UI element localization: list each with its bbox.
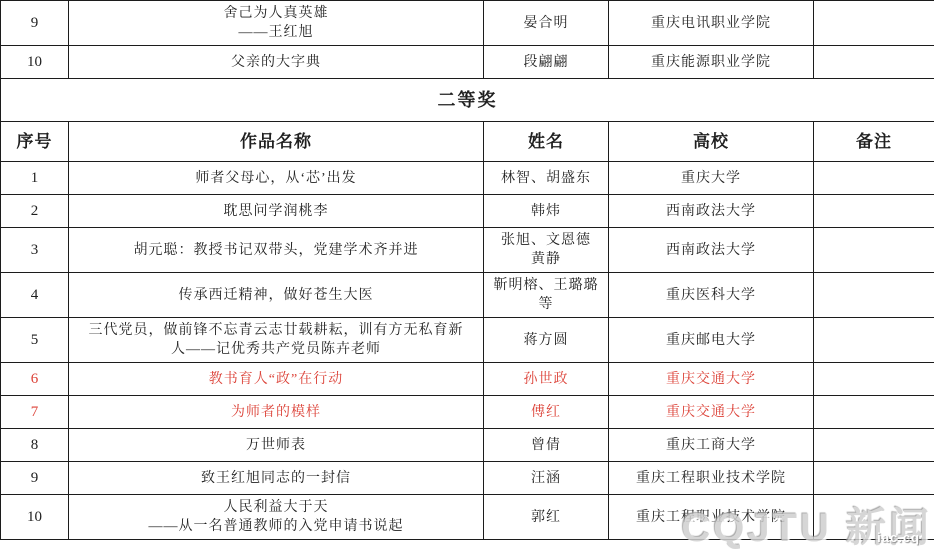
cell-university: 重庆工程职业技术学院 <box>609 495 814 540</box>
cell-author-name: 段翩翩 <box>484 46 609 79</box>
cell-author-name: 晏合明 <box>484 1 609 46</box>
title-line: ——王红旭 <box>73 23 479 42</box>
cell-author-name: 傅红 <box>484 396 609 429</box>
table-row: 9舍己为人真英雄——王红旭晏合明重庆电讯职业学院 <box>1 1 934 46</box>
column-header: 高校 <box>609 122 814 162</box>
title-line: 人——记优秀共产党员陈卉老师 <box>73 340 479 359</box>
cell-author-name: 林智、胡盛东 <box>484 162 609 195</box>
cell-serial-no: 5 <box>1 318 69 363</box>
cell-university: 重庆医科大学 <box>609 273 814 318</box>
cell-university: 重庆交通大学 <box>609 363 814 396</box>
table-row: 6教书育人“政”在行动孙世政重庆交通大学 <box>1 363 934 396</box>
cell-serial-no: 2 <box>1 195 69 228</box>
title-line: 三代党员，做前锋不忘青云志廿载耕耘，训有方无私育新 <box>73 321 479 340</box>
cell-remark <box>814 195 934 228</box>
cell-work-title: 为师者的模样 <box>69 396 484 429</box>
cell-university: 重庆交通大学 <box>609 396 814 429</box>
main-table-body: 1师者父母心，从‘芯’出发林智、胡盛东重庆大学2耽思问学润桃李韩炜西南政法大学3… <box>1 162 934 540</box>
cell-remark <box>814 46 934 79</box>
cell-author-name: 孙世政 <box>484 363 609 396</box>
name-line: 黄静 <box>488 250 604 269</box>
name-line: 晏合明 <box>488 14 604 33</box>
cell-work-title: 致王红旭同志的一封信 <box>69 462 484 495</box>
cell-author-name: 靳明榕、王璐璐等 <box>484 273 609 318</box>
cell-author-name: 汪涵 <box>484 462 609 495</box>
name-line: 郭红 <box>488 508 604 527</box>
title-line: 教书育人“政”在行动 <box>73 370 479 389</box>
cell-remark <box>814 1 934 46</box>
title-line: 为师者的模样 <box>73 403 479 422</box>
cell-remark <box>814 318 934 363</box>
title-line: 致王红旭同志的一封信 <box>73 469 479 488</box>
cell-work-title: 父亲的大字典 <box>69 46 484 79</box>
cell-serial-no: 3 <box>1 228 69 273</box>
name-line: 张旭、文恩德 <box>488 231 604 250</box>
name-line: 段翩翩 <box>488 53 604 72</box>
name-line: 林智、胡盛东 <box>488 169 604 188</box>
table-row: 9致王红旭同志的一封信汪涵重庆工程职业技术学院 <box>1 462 934 495</box>
name-line: 韩炜 <box>488 202 604 221</box>
table-row: 1师者父母心，从‘芯’出发林智、胡盛东重庆大学 <box>1 162 934 195</box>
cell-author-name: 郭红 <box>484 495 609 540</box>
cell-university: 重庆工程职业技术学院 <box>609 462 814 495</box>
name-line: 孙世政 <box>488 370 604 389</box>
column-header: 姓名 <box>484 122 609 162</box>
title-line: 人民利益大于天 <box>73 498 479 517</box>
banner-section: 二等奖 序号作品名称姓名高校备注 <box>1 79 934 162</box>
name-line: 傅红 <box>488 403 604 422</box>
cell-remark <box>814 162 934 195</box>
cell-university: 重庆能源职业学院 <box>609 46 814 79</box>
cell-university: 西南政法大学 <box>609 195 814 228</box>
cell-work-title: 传承西迁精神，做好苍生大医 <box>69 273 484 318</box>
cell-remark <box>814 495 934 540</box>
title-line: 父亲的大字典 <box>73 53 479 72</box>
cell-work-title: 三代党员，做前锋不忘青云志廿载耕耘，训有方无私育新人——记优秀共产党员陈卉老师 <box>69 318 484 363</box>
table-row: 3胡元聪：教授书记双带头，党建学术齐并进张旭、文恩德黄静西南政法大学 <box>1 228 934 273</box>
column-header: 序号 <box>1 122 69 162</box>
cell-serial-no: 9 <box>1 462 69 495</box>
cell-work-title: 胡元聪：教授书记双带头，党建学术齐并进 <box>69 228 484 273</box>
cell-author-name: 曾倩 <box>484 429 609 462</box>
name-line: 汪涵 <box>488 469 604 488</box>
title-line: 传承西迁精神，做好苍生大医 <box>73 286 479 305</box>
cell-serial-no: 4 <box>1 273 69 318</box>
cell-work-title: 万世师表 <box>69 429 484 462</box>
cell-serial-no: 9 <box>1 1 69 46</box>
column-header: 备注 <box>814 122 934 162</box>
top-table-body: 9舍己为人真英雄——王红旭晏合明重庆电讯职业学院10父亲的大字典段翩翩重庆能源职… <box>1 1 934 79</box>
prize-tier-banner: 二等奖 <box>1 79 934 122</box>
cell-serial-no: 6 <box>1 363 69 396</box>
cell-work-title: 教书育人“政”在行动 <box>69 363 484 396</box>
name-line: 等 <box>488 295 604 314</box>
cell-work-title: 师者父母心，从‘芯’出发 <box>69 162 484 195</box>
main-table-header-row: 序号作品名称姓名高校备注 <box>1 122 934 162</box>
name-line: 靳明榕、王璐璐 <box>488 276 604 295</box>
cell-serial-no: 8 <box>1 429 69 462</box>
table-row: 7为师者的模样傅红重庆交通大学 <box>1 396 934 429</box>
cell-university: 重庆邮电大学 <box>609 318 814 363</box>
table-row: 8万世师表曾倩重庆工商大学 <box>1 429 934 462</box>
cell-serial-no: 7 <box>1 396 69 429</box>
cell-remark <box>814 228 934 273</box>
cell-remark <box>814 462 934 495</box>
cell-remark <box>814 396 934 429</box>
title-line: 万世师表 <box>73 436 479 455</box>
table-row: 10父亲的大字典段翩翩重庆能源职业学院 <box>1 46 934 79</box>
title-line: 舍己为人真英雄 <box>73 4 479 23</box>
table-row: 4传承西迁精神，做好苍生大医靳明榕、王璐璐等重庆医科大学 <box>1 273 934 318</box>
title-line: 师者父母心，从‘芯’出发 <box>73 169 479 188</box>
name-line: 蒋方圆 <box>488 331 604 350</box>
cell-work-title: 舍己为人真英雄——王红旭 <box>69 1 484 46</box>
name-line: 曾倩 <box>488 436 604 455</box>
document-page: 9舍己为人真英雄——王红旭晏合明重庆电讯职业学院10父亲的大字典段翩翩重庆能源职… <box>0 0 934 551</box>
title-line: 胡元聪：教授书记双带头，党建学术齐并进 <box>73 241 479 260</box>
cell-work-title: 耽思问学润桃李 <box>69 195 484 228</box>
cell-serial-no: 10 <box>1 46 69 79</box>
cell-author-name: 韩炜 <box>484 195 609 228</box>
cell-university: 重庆大学 <box>609 162 814 195</box>
cell-serial-no: 10 <box>1 495 69 540</box>
cell-university: 重庆工商大学 <box>609 429 814 462</box>
awards-table: 9舍己为人真英雄——王红旭晏合明重庆电讯职业学院10父亲的大字典段翩翩重庆能源职… <box>0 0 934 540</box>
cell-author-name: 张旭、文恩德黄静 <box>484 228 609 273</box>
banner-row: 二等奖 <box>1 79 934 122</box>
table-row: 10人民利益大于天——从一名普通教师的入党申请书说起郭红重庆工程职业技术学院 <box>1 495 934 540</box>
cell-serial-no: 1 <box>1 162 69 195</box>
cell-remark <box>814 363 934 396</box>
cell-university: 重庆电讯职业学院 <box>609 1 814 46</box>
table-row: 2耽思问学润桃李韩炜西南政法大学 <box>1 195 934 228</box>
title-line: 耽思问学润桃李 <box>73 202 479 221</box>
title-line: ——从一名普通教师的入党申请书说起 <box>73 517 479 536</box>
table-row: 5三代党员，做前锋不忘青云志廿载耕耘，训有方无私育新人——记优秀共产党员陈卉老师… <box>1 318 934 363</box>
cell-work-title: 人民利益大于天——从一名普通教师的入党申请书说起 <box>69 495 484 540</box>
cell-remark <box>814 429 934 462</box>
cell-university: 西南政法大学 <box>609 228 814 273</box>
cell-remark <box>814 273 934 318</box>
cell-author-name: 蒋方圆 <box>484 318 609 363</box>
column-header: 作品名称 <box>69 122 484 162</box>
